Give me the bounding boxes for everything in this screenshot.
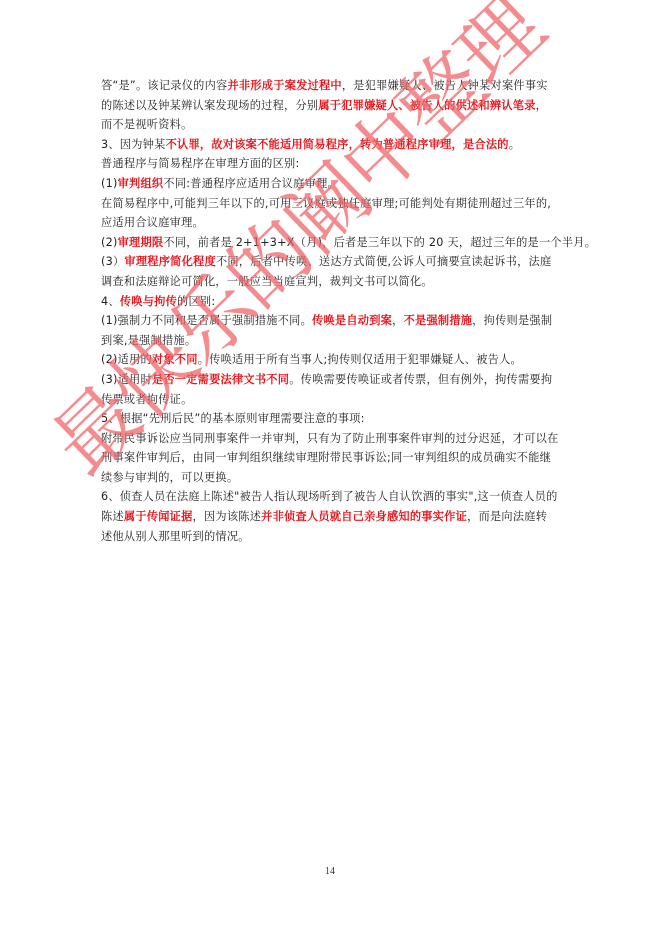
body-text: (3） xyxy=(101,255,124,268)
highlighted-text: 属于犯罪嫌疑人、被告人的供述和辨认笔录 xyxy=(318,99,535,112)
document-page: 答“是”。该记录仪的内容并非形成于案发过程中，是犯罪嫌疑人、被告人钟某对案件事实… xyxy=(0,0,660,933)
text-line: 传票或者拘传证。 xyxy=(101,390,563,410)
document-body: 答“是”。该记录仪的内容并非形成于案发过程中，是犯罪嫌疑人、被告人钟某对案件事实… xyxy=(101,76,563,546)
body-text: 的区别: xyxy=(177,295,215,308)
body-text: 。 xyxy=(509,138,520,151)
highlighted-text: 审判组织 xyxy=(118,177,164,190)
text-line: (2)适用的对象不同。传唤适用于所有当事人;拘传则仅适用于犯罪嫌疑人、被告人。 xyxy=(101,350,563,370)
text-line: 3、因为钟某不认罪，故对该案不能适用简易程序，转为普通程序审理，是合法的。 xyxy=(101,135,563,155)
body-text: (2)适用的 xyxy=(101,353,152,366)
text-line: 6、侦查人员在法庭上陈述"被告人指认现场听到了被告人自认饮酒的事实",这一侦查人… xyxy=(101,487,563,507)
body-text: 而不是视听资料。 xyxy=(101,118,193,131)
body-text: ，是犯罪嫌疑人、被告人钟某对案件事实 xyxy=(342,79,548,92)
text-line: (1)强制力不同和是否属于强制措施不同。传唤是自动到案，不是强制措施，拘传则是强… xyxy=(101,311,563,331)
highlighted-text: 审理程序简化程度 xyxy=(124,255,216,268)
body-text: 答“是”。该记录仪的内容 xyxy=(101,79,227,92)
highlighted-text: 属于传闻证据 xyxy=(124,510,193,523)
text-line: 陈述属于传闻证据，因为该陈述并非侦查人员就自己亲身感知的事实作证，而是向法庭转 xyxy=(101,507,563,527)
text-line: 在简易程序中,可能判三年以下的,可用三议庭或独任庭审理;可能判处有期徒刑超过三年… xyxy=(101,194,563,214)
text-line: (2)审理期限不同，前者是 2+1+3+X（月)，后者是三年以下的 20 天，超… xyxy=(101,233,563,253)
text-line: 而不是视听资料。 xyxy=(101,115,563,135)
text-line: 述他从别人那里听到的情况。 xyxy=(101,527,563,547)
body-text: 不同，前者是 2+1+3+X（月)，后者是三年以下的 20 天，超过三年的是一个… xyxy=(163,236,596,249)
body-text: 传票或者拘传证。 xyxy=(101,393,193,406)
body-text: 不同:普通程序应适用合议庭审理。 xyxy=(163,177,339,190)
body-text: ，拘传则是强制 xyxy=(472,314,552,327)
body-text: 不同，后者中传唤、送达方式简便,公诉人可摘要宣读起诉书，法庭 xyxy=(216,255,552,268)
body-text: ， xyxy=(536,99,547,112)
body-text: ，因为该陈述 xyxy=(193,510,262,523)
text-line: 刑事案件审判后，由同一审判组织继续审理附带民事诉讼;同一审判组织的成员确实不能继 xyxy=(101,448,563,468)
highlighted-text: 对象不同 xyxy=(152,353,198,366)
text-line: 续参与审判的，可以更换。 xyxy=(101,468,563,488)
text-line: 4、传唤与拘传的区别: xyxy=(101,292,563,312)
body-text: ，而是向法庭转 xyxy=(467,510,547,523)
highlighted-text: 传唤是自动到案 xyxy=(312,314,392,327)
body-text: 普通程序与简易程序在审理方面的区别: xyxy=(101,157,299,170)
text-line: 调查和法庭辩论可简化，一般应当当庭宣判，裁判文书可以简化。 xyxy=(101,272,563,292)
body-text: 调查和法庭辩论可简化，一般应当当庭宣判，裁判文书可以简化。 xyxy=(101,275,433,288)
body-text: (3)适用时 xyxy=(101,373,152,386)
body-text: 。传唤需要传唤证或者传票，但有例外，拘传需要拘 xyxy=(289,373,552,386)
text-line: (1)审判组织不同:普通程序应适用合议庭审理。 xyxy=(101,174,563,194)
body-text: 6、侦查人员在法庭上陈述"被告人指认现场听到了被告人自认饮酒的事实",这一侦查人… xyxy=(101,490,558,503)
body-text: 在简易程序中,可能判三年以下的,可用三议庭或独任庭审理;可能判处有期徒刑超过三年… xyxy=(101,197,551,210)
highlighted-text: 审理期限 xyxy=(118,236,164,249)
body-text: 4、 xyxy=(101,295,120,308)
highlighted-text: 不认罪，故对该案不能适用简易程序，转为普通程序审理，是合法的 xyxy=(166,138,509,151)
body-text: 附带民事诉讼应当同刑事案件一并审判，只有为了防止刑事案件审判的过分迟延，才可以在 xyxy=(101,432,559,445)
body-text: 5、根据“先刑后民”的基本原则审理需要注意的事项: xyxy=(101,412,365,425)
body-text: (2) xyxy=(101,236,118,249)
body-text: 陈述 xyxy=(101,510,124,523)
text-line: 到案,是强制措施。 xyxy=(101,331,563,351)
text-line: (3）审理程序简化程度不同，后者中传唤、送达方式简便,公诉人可摘要宣读起诉书，法… xyxy=(101,252,563,272)
body-text: 应适用合议庭审理。 xyxy=(101,216,204,229)
body-text: 续参与审判的，可以更换。 xyxy=(101,471,238,484)
body-text: 的陈述以及钟某辨认案发现场的过程，分别 xyxy=(101,99,318,112)
text-line: 5、根据“先刑后民”的基本原则审理需要注意的事项: xyxy=(101,409,563,429)
body-text: 到案,是强制措施。 xyxy=(101,334,196,347)
body-text: (1) xyxy=(101,177,118,190)
text-line: 普通程序与简易程序在审理方面的区别: xyxy=(101,154,563,174)
text-line: 附带民事诉讼应当同刑事案件一并审判，只有为了防止刑事案件审判的过分迟延，才可以在 xyxy=(101,429,563,449)
body-text: 刑事案件审判后，由同一审判组织继续审理附带民事诉讼;同一审判组织的成员确实不能继 xyxy=(101,451,551,464)
highlighted-text: 不是强制措施 xyxy=(404,314,473,327)
body-text: 。传唤适用于所有当事人;拘传则仅适用于犯罪嫌疑人、被告人。 xyxy=(198,353,522,366)
highlighted-text: 并非侦查人员就自己亲身感知的事实作证 xyxy=(261,510,467,523)
body-text: ， xyxy=(392,314,403,327)
body-text: 3、因为钟某 xyxy=(101,138,166,151)
highlighted-text: 传唤与拘传 xyxy=(120,295,177,308)
page-number: 14 xyxy=(0,866,660,877)
text-line: (3)适用时是否一定需要法律文书不同。传唤需要传唤证或者传票，但有例外，拘传需要… xyxy=(101,370,563,390)
highlighted-text: 是否一定需要法律文书不同 xyxy=(152,373,289,386)
text-line: 答“是”。该记录仪的内容并非形成于案发过程中，是犯罪嫌疑人、被告人钟某对案件事实 xyxy=(101,76,563,96)
text-line: 的陈述以及钟某辨认案发现场的过程，分别属于犯罪嫌疑人、被告人的供述和辨认笔录， xyxy=(101,96,563,116)
highlighted-text: 并非形成于案发过程中 xyxy=(227,79,341,92)
body-text: 述他从别人那里听到的情况。 xyxy=(101,530,250,543)
body-text: (1)强制力不同和是否属于强制措施不同。 xyxy=(101,314,312,327)
text-line: 应适用合议庭审理。 xyxy=(101,213,563,233)
